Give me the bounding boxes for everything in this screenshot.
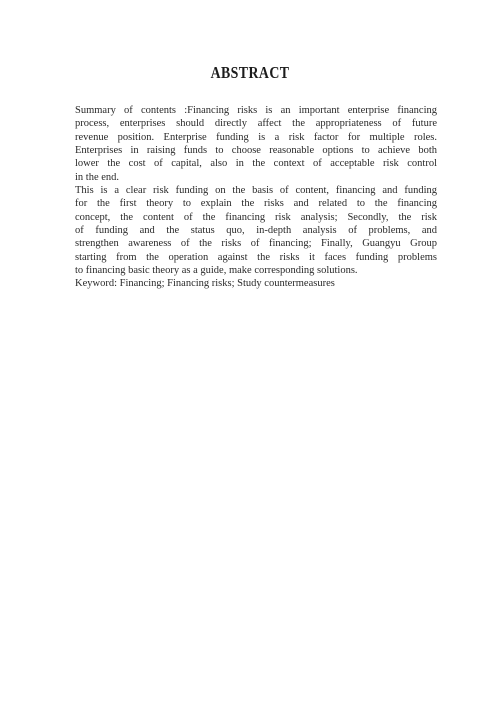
paragraph: This is a clear risk funding on the basi… [75,184,437,277]
text-line: process, enterprises should directly aff… [75,117,437,130]
text-line: concept, the content of the financing ri… [75,211,437,224]
text-line: of funding and the status quo, in-depth … [75,224,437,237]
text-line: to financing basic theory as a guide, ma… [75,264,437,277]
paragraph: Summary of contents :Financing risks is … [75,104,437,184]
paragraph: Keyword: Financing; Financing risks; Stu… [75,277,437,290]
text-line: starting from the operation against the … [75,251,437,264]
text-line: for the first theory to explain the risk… [75,197,437,210]
text-line: This is a clear risk funding on the basi… [75,184,437,197]
text-line: in the end. [75,171,437,184]
text-line: Enterprises in raising funds to choose r… [75,144,437,157]
text-line: lower the cost of capital, also in the c… [75,157,437,170]
text-line: Keyword: Financing; Financing risks; Stu… [75,277,437,290]
text-line: Summary of contents :Financing risks is … [75,104,437,117]
page-title: ABSTRACT [40,63,460,83]
text-line: revenue position. Enterprise funding is … [75,131,437,144]
document-page: ABSTRACT Summary of contents :Financing … [0,0,500,707]
text-line: strengthen awareness of the risks of fin… [75,237,437,250]
abstract-text-block: Summary of contents :Financing risks is … [75,104,437,291]
